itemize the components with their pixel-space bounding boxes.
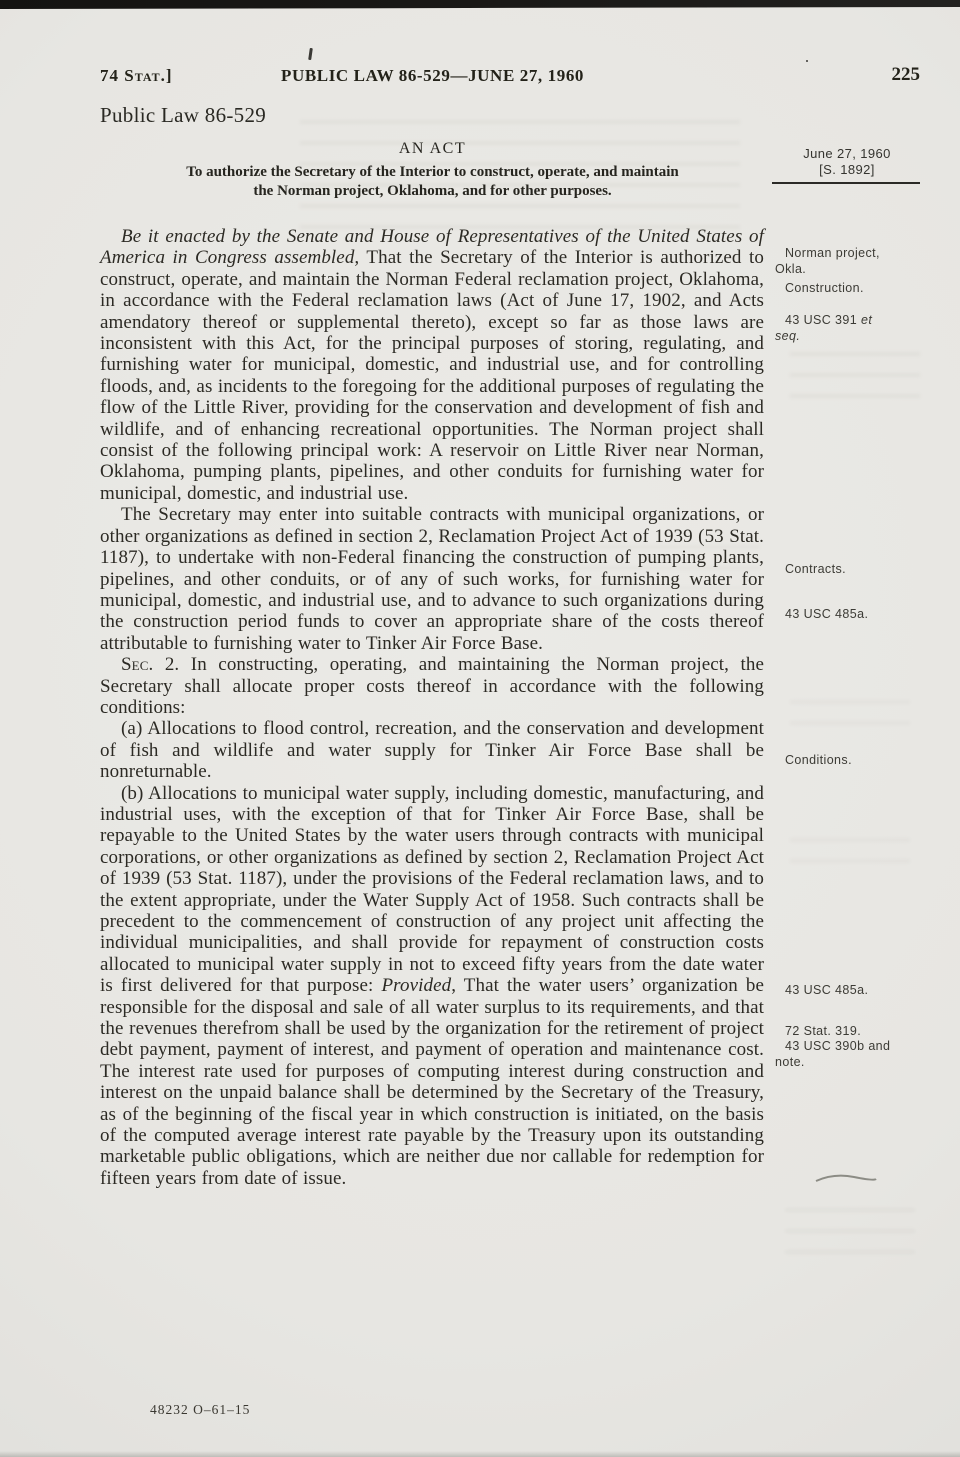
paragraph-section2: Sec. 2. In constructing, operating, and …	[100, 654, 764, 718]
bleedthrough-ghost	[790, 352, 920, 400]
law-number-heading: Public Law 86-529	[100, 103, 266, 128]
running-head-title: PUBLIC LAW 86-529—JUNE 27, 1960	[100, 66, 765, 86]
margin-note-project: Norman project, Okla.	[775, 246, 897, 277]
paragraph-section1: Be it enacted by the Senate and House of…	[100, 226, 764, 504]
statute-page: 74 Stat.] PUBLIC LAW 86-529—JUNE 27, 196…	[0, 0, 960, 1457]
bleedthrough-ghost	[785, 1208, 915, 1270]
scan-speck	[308, 48, 313, 60]
an-act-heading: AN ACT	[100, 140, 765, 158]
section-2-label: Sec. 2.	[121, 654, 179, 675]
page-number: 225	[860, 64, 920, 86]
margin-note-usc-391: 43 USC 391 et seq.	[775, 313, 893, 344]
paragraph-subsection-a: (a) Allocations to flood control, recrea…	[100, 718, 764, 782]
margin-note-contracts: Contracts.	[775, 562, 907, 578]
date-sidenote: June 27, 1960 [S. 1892]	[772, 146, 922, 178]
paragraph-contracts: The Secretary may enter into suitable co…	[100, 504, 764, 654]
margin-note-stat-319: 72 Stat. 319.	[775, 1024, 907, 1040]
margin-note-usc-485a-1: 43 USC 485a.	[775, 607, 907, 623]
enactment-date: June 27, 1960	[772, 146, 922, 162]
paragraph-subsection-b: (b) Allocations to municipal water suppl…	[100, 783, 764, 1190]
margin-note-conditions: Conditions.	[775, 753, 907, 769]
proviso: Provided	[381, 975, 451, 996]
act-title: To authorize the Secretary of the Interi…	[100, 163, 765, 201]
margin-note-usc-390b: 43 USC 390b and note.	[775, 1039, 895, 1070]
sidenote-rule	[772, 182, 920, 184]
bill-number: [S. 1892]	[772, 162, 922, 178]
pen-mark	[812, 1168, 882, 1192]
gpo-print-code: 48232 O–61–15	[150, 1402, 250, 1418]
margin-note-usc-485a-2: 43 USC 485a.	[775, 983, 907, 999]
scan-edge-bottom	[0, 1451, 960, 1457]
statute-body: Be it enacted by the Senate and House of…	[100, 226, 764, 1189]
scan-speck	[806, 60, 808, 62]
act-title-line2: the Norman project, Oklahoma, and for ot…	[100, 182, 765, 201]
bleedthrough-ghost	[790, 700, 910, 740]
bleedthrough-ghost	[790, 838, 910, 878]
margin-note-construction: Construction.	[775, 281, 907, 297]
scan-edge-top	[0, 0, 960, 9]
act-title-line1: To authorize the Secretary of the Interi…	[100, 163, 765, 182]
running-head: 74 Stat.] PUBLIC LAW 86-529—JUNE 27, 196…	[100, 66, 765, 90]
